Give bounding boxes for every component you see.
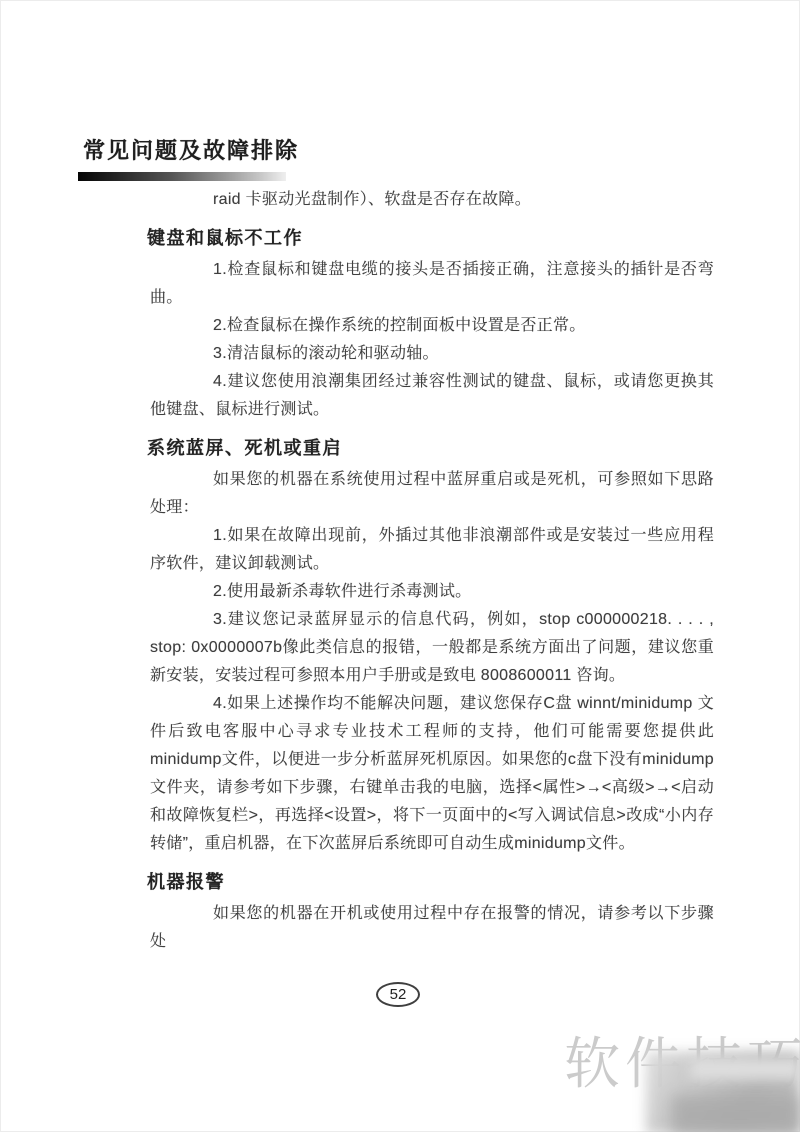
section-heading-bluescreen: 系统蓝屏、死机或重启: [147, 436, 714, 460]
manual-page: 常见问题及故障排除 raid 卡驱动光盘制作）、软盘是否存在故障。 键盘和鼠标不…: [0, 0, 800, 1132]
page-number: 52: [390, 986, 407, 1003]
section-heading-machine-alarm: 机器报警: [147, 870, 714, 894]
scan-artifact: [690, 1058, 800, 1080]
paragraph: 1.检查鼠标和键盘电缆的接头是否插接正确，注意接头的插针是否弯曲。: [150, 256, 714, 312]
paragraph: 4.建议您使用浪潮集团经过兼容性测试的键盘、鼠标，或请您更换其他键盘、鼠标进行测…: [150, 368, 714, 424]
continuation-paragraph: raid 卡驱动光盘制作）、软盘是否存在故障。: [150, 186, 714, 214]
title-underline-bar: [78, 172, 286, 181]
section-heading-keyboard-mouse: 键盘和鼠标不工作: [147, 226, 714, 250]
page-title: 常见问题及故障排除: [83, 134, 299, 165]
paragraph: 3.清洁鼠标的滚动轮和驱动轴。: [150, 340, 714, 368]
paragraph: 1.如果在故障出现前，外插过其他非浪潮部件或是安装过一些应用程序软件，建议卸载测…: [150, 522, 714, 578]
paragraph: 3.建议您记录蓝屏显示的信息代码，例如，stop c000000218. . .…: [150, 606, 714, 690]
paragraph: 如果您的机器在开机或使用过程中存在报警的情况，请参考以下步骤处: [150, 900, 714, 956]
paragraph: 4.如果上述操作均不能解决问题，建议您保存C盘 winnt/minidump 文…: [150, 690, 714, 858]
page-content: raid 卡驱动光盘制作）、软盘是否存在故障。 键盘和鼠标不工作 1.检查鼠标和…: [150, 186, 714, 956]
paragraph: 如果您的机器在系统使用过程中蓝屏重启或是死机，可参照如下思路处理：: [150, 466, 714, 522]
page-number-badge: 52: [376, 982, 420, 1007]
paragraph: 2.使用最新杀毒软件进行杀毒测试。: [150, 578, 714, 606]
paragraph: 2.检查鼠标在操作系统的控制面板中设置是否正常。: [150, 312, 714, 340]
scan-artifact: [672, 1096, 800, 1132]
